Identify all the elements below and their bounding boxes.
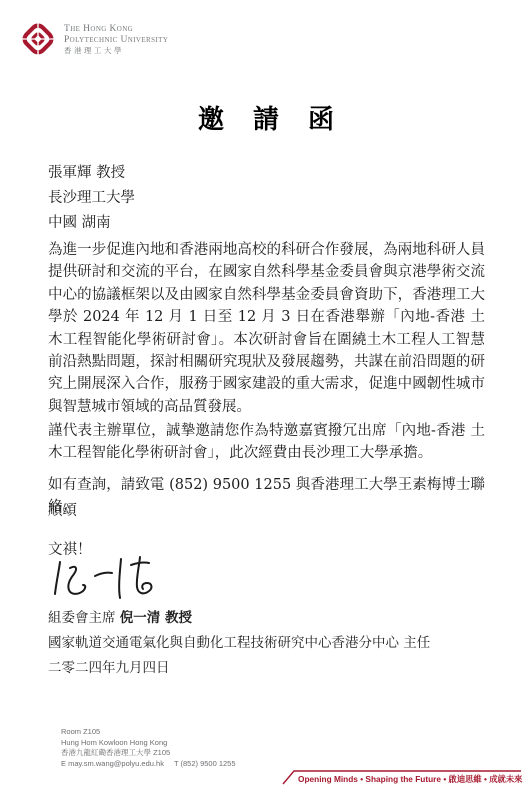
signature-block: 組委會主席 倪一清 教授 國家軌道交通電氣化與自動化工程技術研究中心香港分中心 … — [48, 606, 430, 681]
recipient-region: 中國 湖南 — [48, 211, 135, 236]
letter-date: 二零二四年九月四日 — [48, 656, 430, 681]
footer-email: E may.sm.wang@polyu.edu.hk — [61, 759, 164, 768]
handwritten-signature — [45, 550, 167, 606]
signatory-line: 組委會主席 倪一清 教授 — [48, 606, 430, 631]
body-paragraph-2: 謹代表主辦單位，誠摯邀請您作為特邀嘉賓撥冗出席「內地-香港 土木工程智能化學術研… — [48, 420, 485, 465]
letter-title: 邀 請 函 — [0, 99, 532, 136]
signatory-role: 組委會主席 — [48, 610, 120, 626]
closing-salute: 順頌 — [48, 499, 77, 520]
university-tagline: Opening Minds • Shaping the Future • 啟迪思… — [281, 769, 523, 785]
university-name-zh: 香港理工大學 — [64, 47, 168, 55]
university-name-en-2: Polytechnic University — [64, 35, 168, 46]
signatory-name: 倪一清 教授 — [120, 610, 192, 626]
recipient-block: 張軍輝 教授 長沙理工大學 中國 湖南 — [48, 161, 135, 236]
footer-contact-line: E may.sm.wang@polyu.edu.hkT (852) 9500 1… — [61, 759, 236, 770]
footer-address-en: Hung Hom Kowloon Hong Kong — [61, 738, 236, 749]
polyu-knot-logo-icon — [19, 20, 57, 58]
tagline-text: Opening Minds • Shaping the Future • 啟迪思… — [281, 773, 523, 785]
footer-address-block: Room Z105 Hung Hom Kowloon Hong Kong 香港九… — [61, 727, 236, 769]
footer-room: Room Z105 — [61, 727, 236, 738]
recipient-name: 張軍輝 教授 — [48, 161, 135, 186]
university-name-en-1: The Hong Kong — [64, 24, 168, 35]
body-paragraph-3: 如有查詢，請致電 (852) 9500 1255 與香港理工大學王素梅博士聯絡。 — [48, 474, 485, 519]
signatory-org-title: 國家軌道交通電氣化與自動化工程技術研究中心香港分中心 主任 — [48, 631, 430, 656]
footer-phone: T (852) 9500 1255 — [174, 759, 236, 768]
invitation-letter-page: The Hong Kong Polytechnic University 香港理… — [0, 0, 532, 799]
recipient-university: 長沙理工大學 — [48, 186, 135, 211]
university-name: The Hong Kong Polytechnic University 香港理… — [64, 24, 168, 56]
body-paragraph-1: 為進一步促進內地和香港兩地高校的科研合作發展，為兩地科研人員提供研討和交流的平台… — [48, 239, 485, 418]
footer-address-zh: 香港九龍紅磡香港理工大學 Z105 — [61, 748, 236, 759]
university-letterhead: The Hong Kong Polytechnic University 香港理… — [19, 20, 168, 58]
